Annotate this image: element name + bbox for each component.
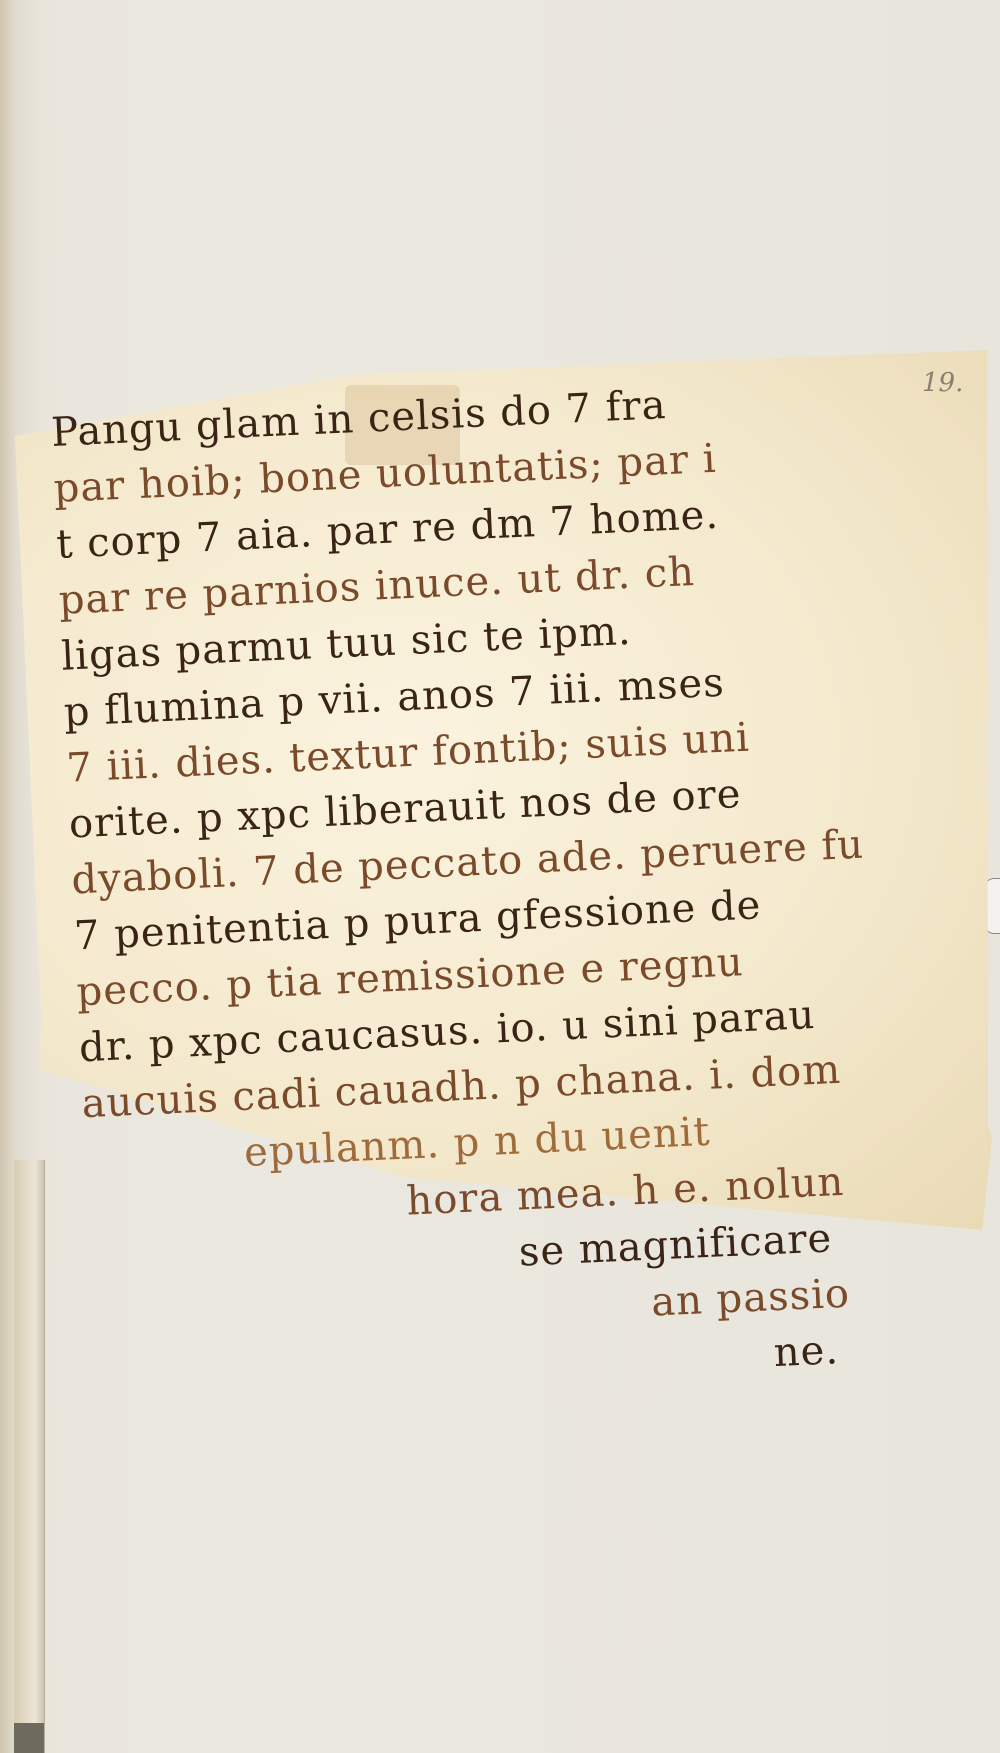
- binding-shadow: [14, 1723, 44, 1753]
- adjacent-leaf-edge: [14, 1160, 45, 1753]
- binding-spine: [0, 0, 14, 1753]
- manuscript-text: Pangu glam in celsis do 7 frapar hoib; b…: [50, 363, 1000, 1412]
